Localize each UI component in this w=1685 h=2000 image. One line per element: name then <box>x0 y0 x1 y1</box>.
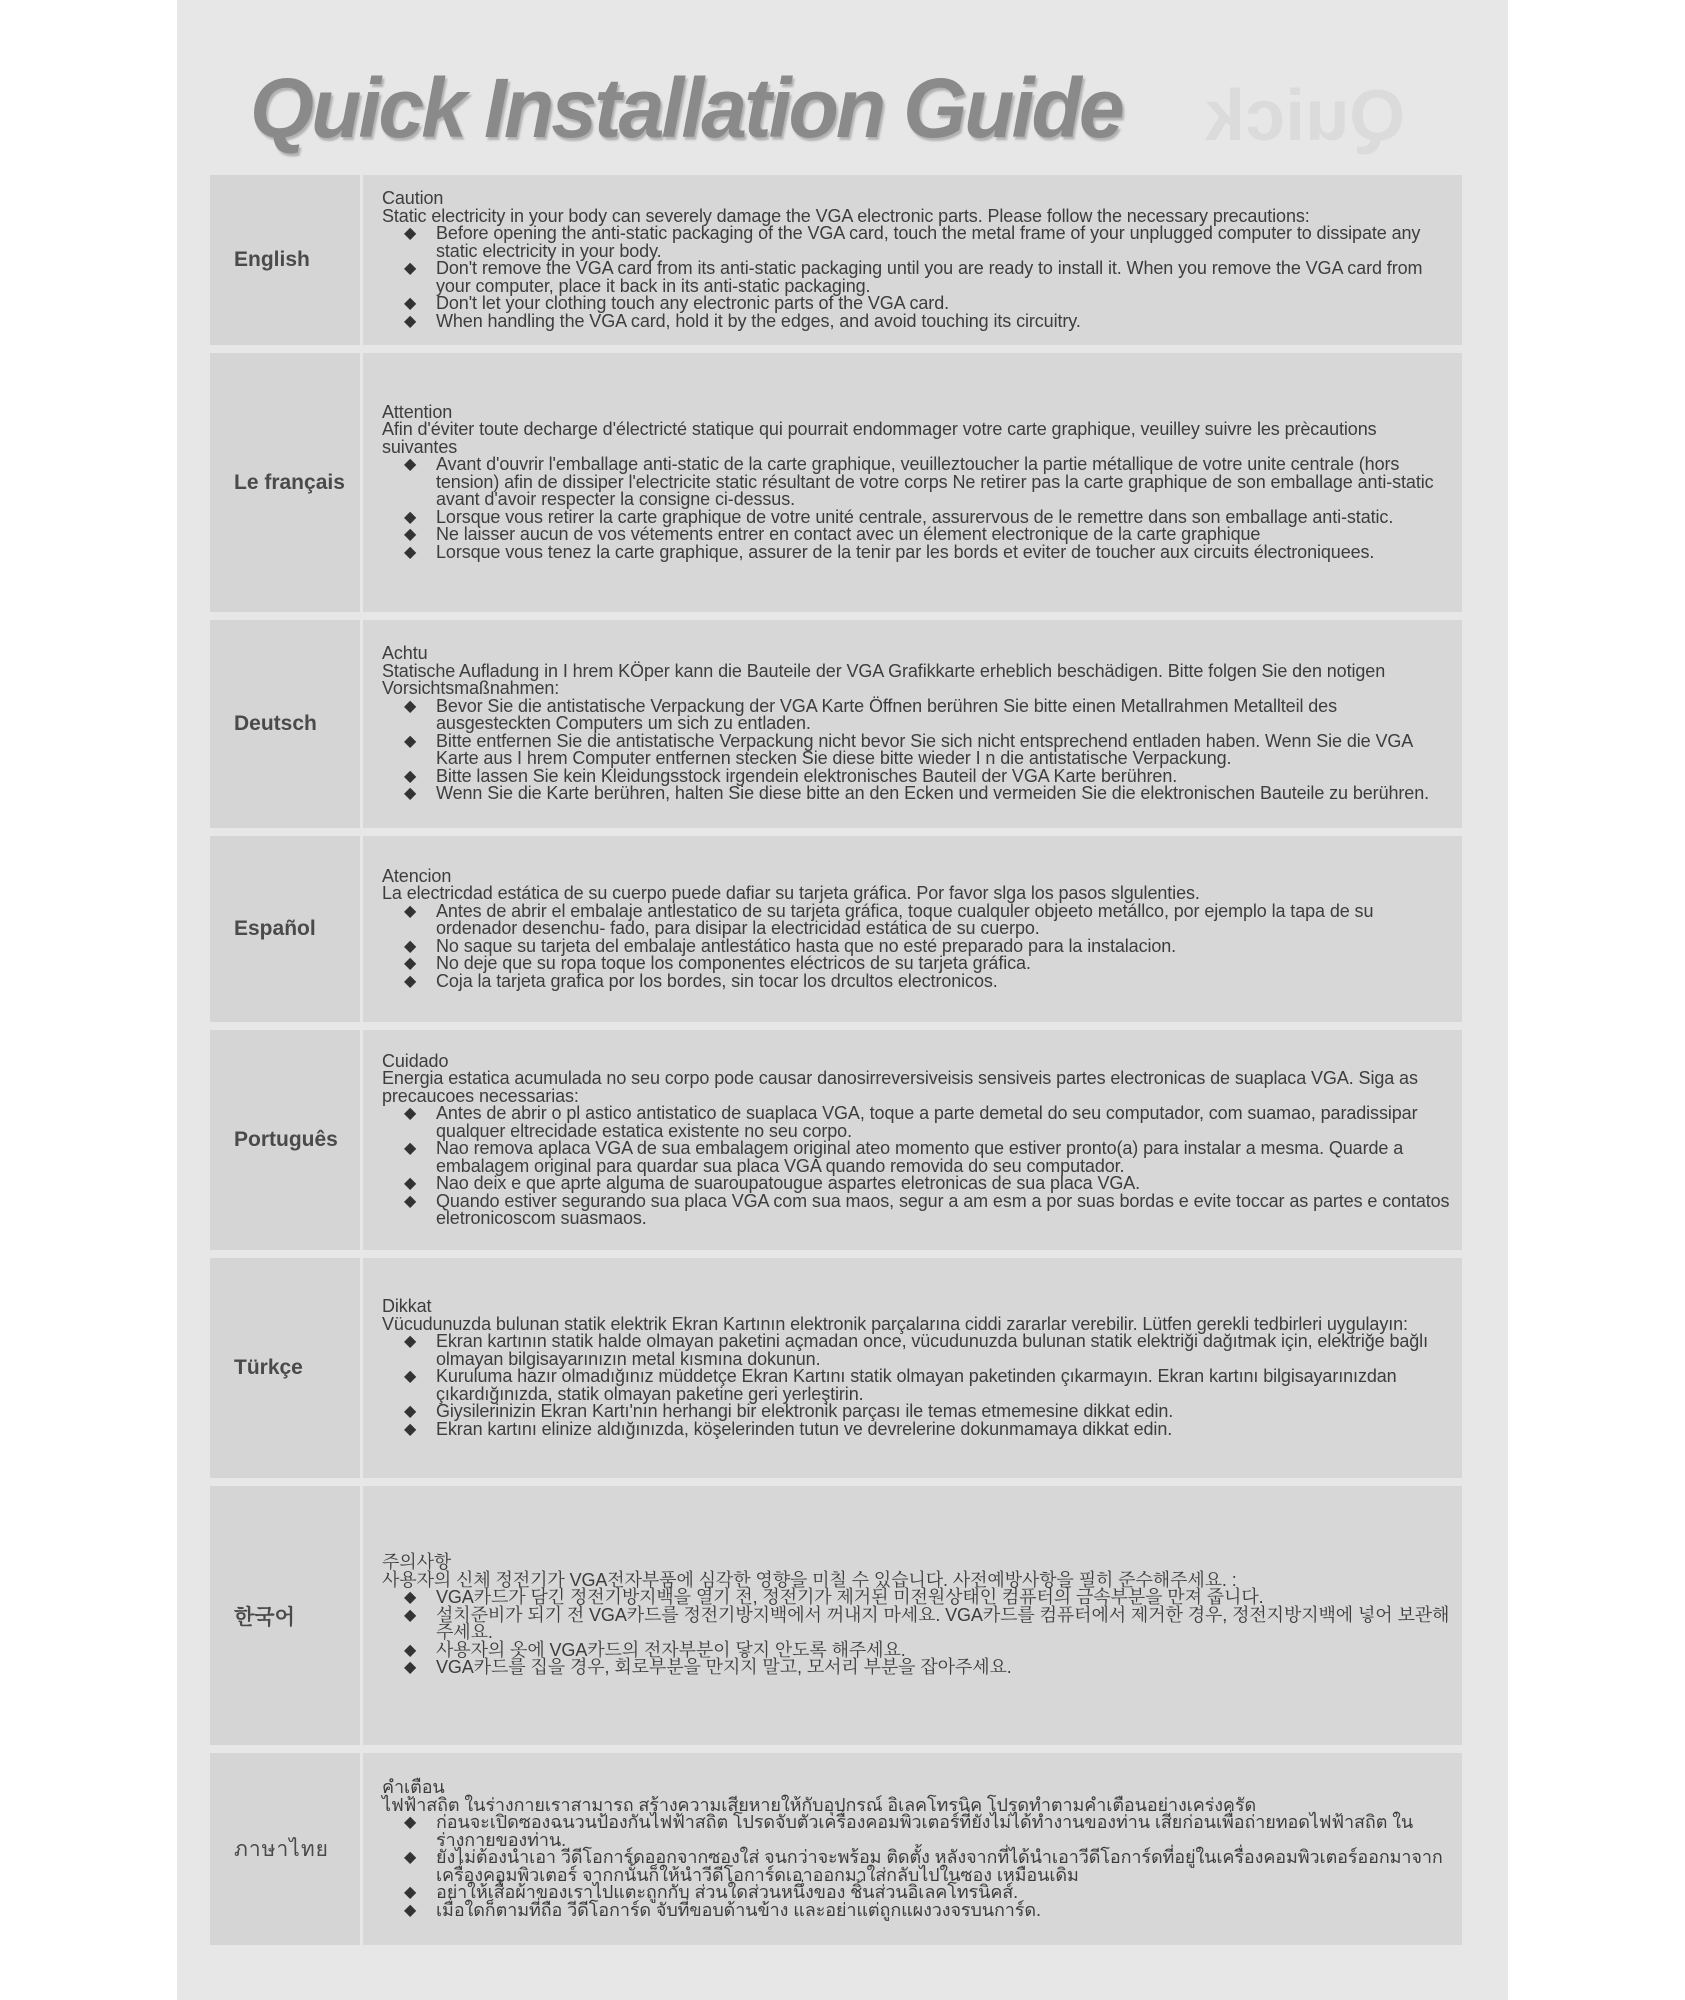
section-heading: Dikkat <box>382 1298 1450 1316</box>
language-row-7: 한국어 주의사항 사용자의 신체 정전기가 VGA전자부품에 심각한 영향을 미… <box>210 1486 1462 1745</box>
instructions-cell: คำเตือน ไฟฟ้าสถิต ในร่างกายเราสามารถ สร้… <box>363 1753 1462 1945</box>
instructions-cell: Cuidado Energia estatica acumulada no se… <box>363 1030 1462 1250</box>
diamond-bullet-icon: ◆ <box>404 1607 416 1625</box>
diamond-bullet-icon: ◆ <box>404 313 416 331</box>
instructions-cell: Atencion La electricdad estática de su c… <box>363 836 1462 1022</box>
section-intro: Statische Aufladung in I hrem KÖper kann… <box>382 663 1450 698</box>
precaution-item: ◆Nao remova aplaca VGA de sua embalagem … <box>436 1140 1450 1175</box>
precaution-list: ◆Avant d'ouvrir l'emballage anti-static … <box>382 456 1450 561</box>
language-label-cell: Português <box>210 1030 360 1250</box>
diamond-bullet-icon: ◆ <box>404 260 416 278</box>
language-row-2: Le français Attention Afin d'éviter tout… <box>210 353 1462 612</box>
precaution-item: ◆Kuruluma hazır olmadığınız müddetçe Ekr… <box>436 1368 1450 1403</box>
precaution-item: ◆Bevor Sie die antistatische Verpackung … <box>436 698 1450 733</box>
language-label-cell: Español <box>210 836 360 1022</box>
precaution-item: ◆Wenn Sie die Karte berühren, halten Sie… <box>436 785 1450 803</box>
section-intro: Afin d'éviter toute decharge d'électrict… <box>382 421 1450 456</box>
diamond-bullet-icon: ◆ <box>404 1333 416 1351</box>
precaution-item: ◆Bitte entfernen Sie die antistatische V… <box>436 733 1450 768</box>
precaution-item: ◆Quando estiver segurando sua placa VGA … <box>436 1193 1450 1228</box>
precaution-list: ◆Antes de abrir o pl astico antistatico … <box>382 1105 1450 1228</box>
precaution-item: ◆ยังไม่ต้องนำเอา วีดีโอการ์ดออกจากซองใส่… <box>436 1849 1450 1884</box>
precaution-text: VGA카드를 집을 경우, 회로부분을 만지지 말고, 모서리 부분을 잡아주세… <box>436 1657 1012 1677</box>
precaution-text: Coja la tarjeta grafica por los bordes, … <box>436 971 998 991</box>
diamond-bullet-icon: ◆ <box>404 698 416 716</box>
language-label-cell: ภาษาไทย <box>210 1753 360 1945</box>
language-label: ภาษาไทย <box>234 1833 329 1866</box>
ghost-title-bleed: Quick <box>1205 80 1405 152</box>
precaution-list: ◆Antes de abrir el embalaje antlestatico… <box>382 903 1450 991</box>
precaution-text: Before opening the anti-static packaging… <box>436 223 1420 261</box>
language-label-cell: Le français <box>210 353 360 612</box>
diamond-bullet-icon: ◆ <box>404 903 416 921</box>
precaution-item: ◆설치준비가 되기 전 VGA카드를 정전기방지백에서 꺼내지 마세요. VGA… <box>436 1607 1450 1642</box>
precaution-text: 설치준비가 되기 전 VGA카드를 정전기방지백에서 꺼내지 마세요. VGA카… <box>436 1605 1449 1643</box>
language-label: English <box>234 248 310 272</box>
diamond-bullet-icon: ◆ <box>404 1642 416 1660</box>
precaution-item: ◆Antes de abrir el embalaje antlestatico… <box>436 903 1450 938</box>
diamond-bullet-icon: ◆ <box>404 1902 416 1920</box>
language-label-cell: Deutsch <box>210 620 360 828</box>
section-heading: Caution <box>382 190 1450 208</box>
precaution-list: ◆Before opening the anti-static packagin… <box>382 225 1450 330</box>
precaution-text: Ekran kartını elinize aldığınızda, köşel… <box>436 1419 1172 1439</box>
diamond-bullet-icon: ◆ <box>404 509 416 527</box>
precaution-item: ◆VGA카드를 집을 경우, 회로부분을 만지지 말고, 모서리 부분을 잡아주… <box>436 1659 1450 1677</box>
precaution-item: ◆Antes de abrir o pl astico antistatico … <box>436 1105 1450 1140</box>
diamond-bullet-icon: ◆ <box>404 1659 416 1677</box>
diamond-bullet-icon: ◆ <box>404 1421 416 1439</box>
precaution-text: Antes de abrir el embalaje antlestatico … <box>436 901 1373 939</box>
diamond-bullet-icon: ◆ <box>404 1140 416 1158</box>
language-label-cell: Türkçe <box>210 1258 360 1478</box>
diamond-bullet-icon: ◆ <box>404 1105 416 1123</box>
diamond-bullet-icon: ◆ <box>404 1175 416 1193</box>
precaution-item: ◆Before opening the anti-static packagin… <box>436 225 1450 260</box>
language-row-3: Deutsch Achtu Statische Aufladung in I h… <box>210 620 1462 828</box>
diamond-bullet-icon: ◆ <box>404 1589 416 1607</box>
diamond-bullet-icon: ◆ <box>404 295 416 313</box>
diamond-bullet-icon: ◆ <box>404 785 416 803</box>
language-label: Türkçe <box>234 1356 303 1380</box>
language-label: Español <box>234 917 316 941</box>
precaution-list: ◆Ekran kartının statik halde olmayan pak… <box>382 1333 1450 1438</box>
page-title: Quick Installation Guide <box>250 66 1122 150</box>
precaution-text: Wenn Sie die Karte berühren, halten Sie … <box>436 783 1429 803</box>
precaution-item: ◆When handling the VGA card, hold it by … <box>436 313 1450 331</box>
diamond-bullet-icon: ◆ <box>404 544 416 562</box>
precaution-text: ยังไม่ต้องนำเอา วีดีโอการ์ดออกจากซองใส่ … <box>436 1847 1443 1885</box>
language-label: Português <box>234 1128 338 1152</box>
language-row-6: Türkçe Dikkat Vücudunuzda bulunan statik… <box>210 1258 1462 1478</box>
diamond-bullet-icon: ◆ <box>404 1193 416 1211</box>
diamond-bullet-icon: ◆ <box>404 733 416 751</box>
precaution-item: ◆Ekran kartını elinize aldığınızda, köşe… <box>436 1421 1450 1439</box>
instructions-cell: Caution Static electricity in your body … <box>363 175 1462 345</box>
precaution-text: Nao remova aplaca VGA de sua embalagem o… <box>436 1138 1403 1176</box>
language-label-cell: 한국어 <box>210 1486 360 1745</box>
precaution-text: Kuruluma hazır olmadığınız müddetçe Ekra… <box>436 1366 1397 1404</box>
precaution-text: Don't remove the VGA card from its anti-… <box>436 258 1422 296</box>
precaution-text: Avant d'ouvrir l'emballage anti-static d… <box>436 454 1434 509</box>
precaution-text: Quando estiver segurando sua placa VGA c… <box>436 1191 1449 1229</box>
instructions-cell: Attention Afin d'éviter toute decharge d… <box>363 353 1462 612</box>
precaution-text: เมื่อใดก็ตามที่ถือ วีดีโอการ์ด จับที่ขอบ… <box>436 1900 1041 1920</box>
precaution-list: ◆Bevor Sie die antistatische Verpackung … <box>382 698 1450 803</box>
precaution-text: Ekran kartının statik halde olmayan pake… <box>436 1331 1428 1369</box>
precaution-text: Bitte entfernen Sie die antistatische Ve… <box>436 731 1412 769</box>
language-label: 한국어 <box>234 1601 295 1631</box>
precaution-item: ◆ก่อนจะเปิดซองฉนวนป้องกันไฟฟ้าสถิต โปรดจ… <box>436 1814 1450 1849</box>
diamond-bullet-icon: ◆ <box>404 768 416 786</box>
instructions-cell: 주의사항 사용자의 신체 정전기가 VGA전자부품에 심각한 영향을 미칠 수 … <box>363 1486 1462 1745</box>
precaution-text: ก่อนจะเปิดซองฉนวนป้องกันไฟฟ้าสถิต โปรดจั… <box>436 1812 1413 1850</box>
diamond-bullet-icon: ◆ <box>404 1403 416 1421</box>
precaution-text: Bevor Sie die antistatische Verpackung d… <box>436 696 1337 734</box>
diamond-bullet-icon: ◆ <box>404 1884 416 1902</box>
instructions-cell: Achtu Statische Aufladung in I hrem KÖpe… <box>363 620 1462 828</box>
diamond-bullet-icon: ◆ <box>404 1849 416 1867</box>
diamond-bullet-icon: ◆ <box>404 225 416 243</box>
language-label-cell: English <box>210 175 360 345</box>
precaution-text: When handling the VGA card, hold it by t… <box>436 311 1081 331</box>
diamond-bullet-icon: ◆ <box>404 955 416 973</box>
language-row-4: Español Atencion La electricdad estática… <box>210 836 1462 1022</box>
precaution-item: ◆Don't remove the VGA card from its anti… <box>436 260 1450 295</box>
diamond-bullet-icon: ◆ <box>404 1368 416 1386</box>
precaution-item: ◆Avant d'ouvrir l'emballage anti-static … <box>436 456 1450 509</box>
section-heading: คำเตือน <box>382 1779 1450 1797</box>
precaution-item: ◆Ekran kartının statik halde olmayan pak… <box>436 1333 1450 1368</box>
language-label: Deutsch <box>234 712 317 736</box>
section-intro: Energia estatica acumulada no seu corpo … <box>382 1070 1450 1105</box>
instructions-cell: Dikkat Vücudunuzda bulunan statik elektr… <box>363 1258 1462 1478</box>
diamond-bullet-icon: ◆ <box>404 526 416 544</box>
precaution-text: Antes de abrir o pl astico antistatico d… <box>436 1103 1417 1141</box>
language-label: Le français <box>234 471 345 495</box>
language-row-5: Português Cuidado Energia estatica acumu… <box>210 1030 1462 1250</box>
precaution-list: ◆ก่อนจะเปิดซองฉนวนป้องกันไฟฟ้าสถิต โปรดจ… <box>382 1814 1450 1919</box>
language-row-8: ภาษาไทย คำเตือน ไฟฟ้าสถิต ในร่างกายเราสา… <box>210 1753 1462 1945</box>
language-row-1: English Caution Static electricity in yo… <box>210 175 1462 345</box>
diamond-bullet-icon: ◆ <box>404 938 416 956</box>
precaution-item: ◆เมื่อใดก็ตามที่ถือ วีดีโอการ์ด จับที่ขอ… <box>436 1902 1450 1920</box>
diamond-bullet-icon: ◆ <box>404 1814 416 1832</box>
precaution-list: ◆VGA카드가 담긴 정전기방지백을 열기 전, 정전기가 제거된 미전원상태인… <box>382 1589 1450 1677</box>
diamond-bullet-icon: ◆ <box>404 973 416 991</box>
precaution-item: ◆Lorsque vous tenez la carte graphique, … <box>436 544 1450 562</box>
precaution-item: ◆Coja la tarjeta grafica por los bordes,… <box>436 973 1450 991</box>
precaution-text: Lorsque vous tenez la carte graphique, a… <box>436 542 1374 562</box>
diamond-bullet-icon: ◆ <box>404 456 416 474</box>
